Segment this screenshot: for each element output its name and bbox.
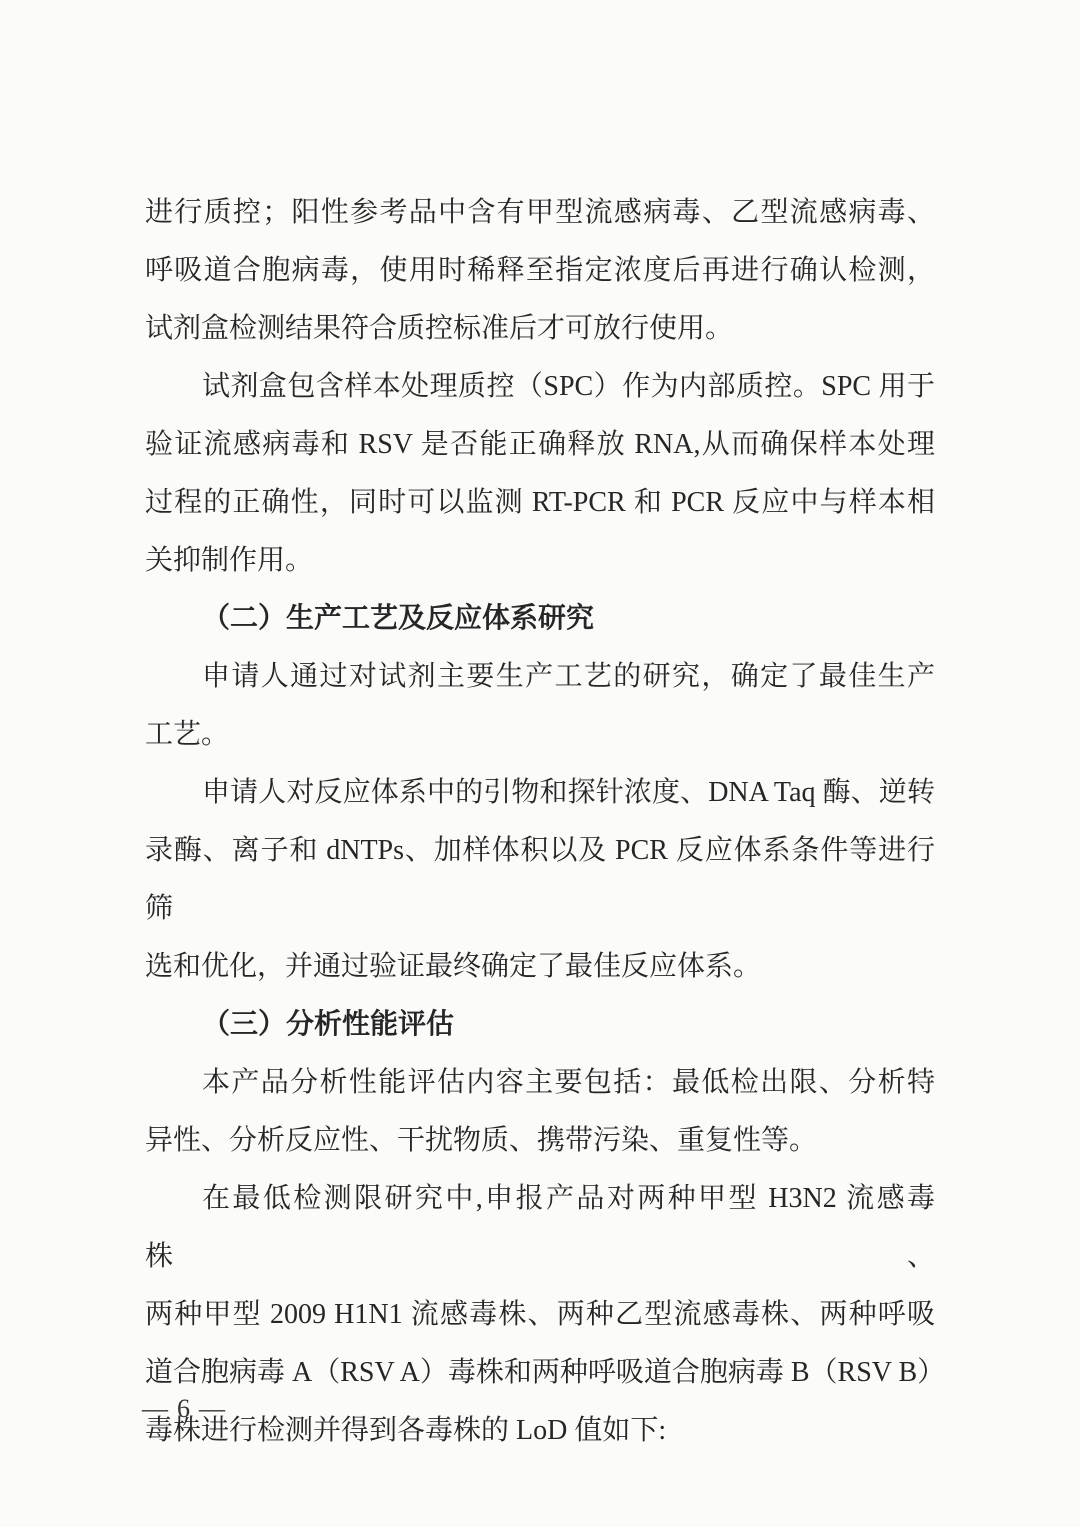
paragraph: 试剂盒包含样本处理质控（SPC）作为内部质控。SPC 用于 验证流感病毒和 RS… (145, 358, 935, 590)
text-line: 试剂盒包含样本处理质控（SPC）作为内部质控。SPC 用于 (145, 358, 935, 416)
paragraph: 进行质控；阳性参考品中含有甲型流感病毒、乙型流感病毒、 呼吸道合胞病毒，使用时稀… (145, 184, 935, 358)
text-line: 异性、分析反应性、干扰物质、携带污染、重复性等。 (145, 1112, 935, 1170)
text-line: 过程的正确性，同时可以监测 RT-PCR 和 PCR 反应中与样本相 (145, 474, 935, 532)
text-line: 申请人通过对试剂主要生产工艺的研究，确定了最佳生产 (145, 648, 935, 706)
paragraph: 在最低检测限研究中,申报产品对两种甲型 H3N2 流感毒株、 两种甲型 2009… (145, 1170, 935, 1460)
text-line: 关抑制作用。 (145, 532, 935, 590)
text-line: 工艺。 (145, 706, 935, 764)
text-line: 选和优化，并通过验证最终确定了最佳反应体系。 (145, 938, 935, 996)
footer-right-dash: — (199, 1394, 225, 1424)
text-line: 申请人对反应体系中的引物和探针浓度、DNA Taq 酶、逆转 (145, 764, 935, 822)
text-line: 呼吸道合胞病毒，使用时稀释至指定浓度后再进行确认检测， (145, 242, 935, 300)
section-heading: （三）分析性能评估 (145, 996, 935, 1054)
page-footer: — 6 — (142, 1394, 225, 1424)
text-line: 录酶、离子和 dNTPs、加样体积以及 PCR 反应体系条件等进行筛 (145, 822, 935, 938)
text-line: 本产品分析性能评估内容主要包括：最低检出限、分析特 (145, 1054, 935, 1112)
text-line: 验证流感病毒和 RSV 是否能正确释放 RNA,从而确保样本处理 (145, 416, 935, 474)
document-page: 进行质控；阳性参考品中含有甲型流感病毒、乙型流感病毒、 呼吸道合胞病毒，使用时稀… (0, 0, 1080, 1527)
paragraph: 本产品分析性能评估内容主要包括：最低检出限、分析特 异性、分析反应性、干扰物质、… (145, 1054, 935, 1170)
text-line: 道合胞病毒 A（RSV A）毒株和两种呼吸道合胞病毒 B（RSV B） (145, 1344, 935, 1402)
text-line: 试剂盒检测结果符合质控标准后才可放行使用。 (145, 300, 935, 358)
text-line: 毒株进行检测并得到各毒株的 LoD 值如下: (145, 1402, 935, 1460)
text-line: 两种甲型 2009 H1N1 流感毒株、两种乙型流感毒株、两种呼吸 (145, 1286, 935, 1344)
text-line: 在最低检测限研究中,申报产品对两种甲型 H3N2 流感毒株、 (145, 1170, 935, 1286)
text-line: 进行质控；阳性参考品中含有甲型流感病毒、乙型流感病毒、 (145, 184, 935, 242)
document-body: 进行质控；阳性参考品中含有甲型流感病毒、乙型流感病毒、 呼吸道合胞病毒，使用时稀… (145, 184, 935, 1460)
page-number: 6 (177, 1394, 190, 1424)
paragraph: 申请人通过对试剂主要生产工艺的研究，确定了最佳生产 工艺。 (145, 648, 935, 764)
paragraph: 申请人对反应体系中的引物和探针浓度、DNA Taq 酶、逆转 录酶、离子和 dN… (145, 764, 935, 996)
footer-left-dash: — (142, 1394, 168, 1424)
section-heading: （二）生产工艺及反应体系研究 (145, 590, 935, 648)
